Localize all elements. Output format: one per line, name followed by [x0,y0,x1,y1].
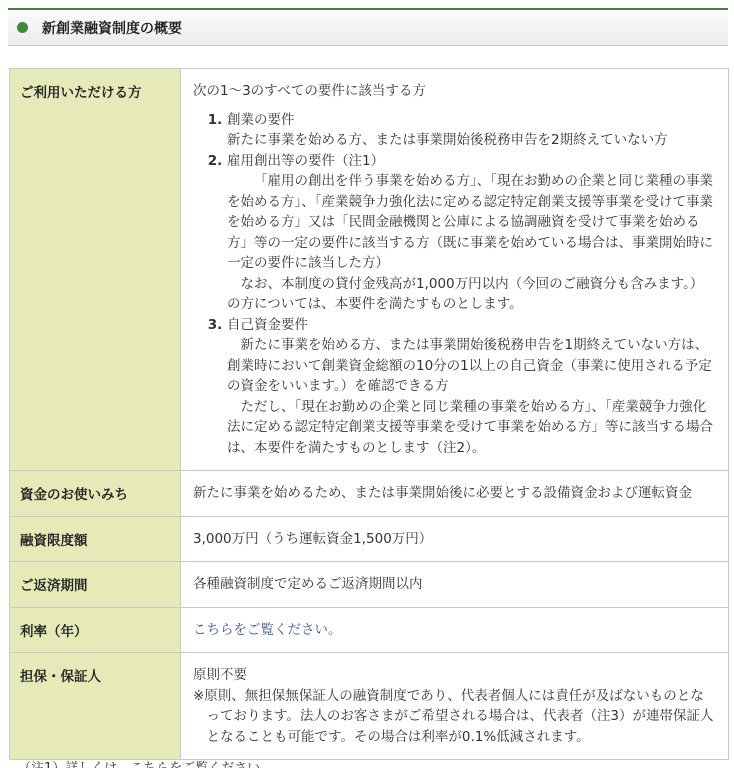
eligible-intro: 次の1〜3のすべての要件に該当する方 [193,81,716,102]
requirement-text: 新たに事業を始める方、または事業開始後税務申告を2期終えていない方 [227,130,716,151]
requirement-text: 「雇用の創出を伴う事業を始める方」、「現在お勤めの企業と同じ業種の事業を始める方… [227,171,716,274]
table-row-repayment: ご返済期間 各種融資制度で定めるご返済期間以内 [10,562,729,608]
requirement-item: 雇用創出等の要件（注1） 「雇用の創出を伴う事業を始める方」、「現在お勤めの企業… [227,151,716,315]
overview-table: ご利用いただける方 次の1〜3のすべての要件に該当する方 創業の要件 新たに事業… [9,68,729,760]
requirement-item: 創業の要件 新たに事業を始める方、または事業開始後税務申告を2期終えていない方 [227,110,716,151]
requirement-text: なお、本制度の貸付金残高が1,000万円以内（今回のご融資分も含みます。）の方に… [227,274,716,315]
table-row-usage: 資金のお使いみち 新たに事業を始めるため、または事業開始後に必要とする設備資金お… [10,471,729,517]
interest-rate-link[interactable]: こちらをご覧ください。 [193,622,342,638]
table-row-collateral: 担保・保証人 原則不要 ※原則、無担保無保証人の融資制度であり、代表者個人には責… [10,653,729,760]
section-header: 新創業融資制度の概要 [8,8,728,46]
collateral-note: ※原則、無担保無保証人の融資制度であり、代表者個人には責任が及ばないものとなって… [193,686,716,748]
footnote: （注1）詳しくは、こちらをご覧ください。 [18,757,273,768]
bullet-icon [17,22,28,33]
row-label-collateral: 担保・保証人 [10,653,181,760]
table-row-eligible: ご利用いただける方 次の1〜3のすべての要件に該当する方 創業の要件 新たに事業… [10,69,729,471]
requirement-title: 雇用創出等の要件（注1） [227,153,384,169]
row-value-repayment: 各種融資制度で定めるご返済期間以内 [181,562,729,608]
row-label-rate: 利率（年） [10,607,181,653]
row-label-eligible: ご利用いただける方 [10,69,181,471]
row-value-usage: 新たに事業を始めるため、または事業開始後に必要とする設備資金および運転資金 [181,471,729,517]
row-value-collateral: 原則不要 ※原則、無担保無保証人の融資制度であり、代表者個人には責任が及ばないも… [181,653,729,760]
requirement-list: 創業の要件 新たに事業を始める方、または事業開始後税務申告を2期終えていない方 … [193,110,716,459]
row-value-rate: こちらをご覧ください。 [181,607,729,653]
requirement-text: ただし、「現在お勤めの企業と同じ業種の事業を始める方」、「産業競争力強化法に定め… [227,397,716,459]
row-label-usage: 資金のお使いみち [10,471,181,517]
requirement-text: 新たに事業を始める方、または事業開始後税務申告を1期終えていない方は、創業時にお… [227,335,716,397]
row-label-repayment: ご返済期間 [10,562,181,608]
table-row-rate: 利率（年） こちらをご覧ください。 [10,607,729,653]
row-value-limit: 3,000万円（うち運転資金1,500万円） [181,516,729,562]
requirement-title: 創業の要件 [227,112,295,128]
row-label-limit: 融資限度額 [10,516,181,562]
requirement-title: 自己資金要件 [227,317,308,333]
table-row-limit: 融資限度額 3,000万円（うち運転資金1,500万円） [10,516,729,562]
row-value-eligible: 次の1〜3のすべての要件に該当する方 創業の要件 新たに事業を始める方、または事… [181,69,729,471]
requirement-item: 自己資金要件 新たに事業を始める方、または事業開始後税務申告を1期終えていない方… [227,315,716,459]
section-title: 新創業融資制度の概要 [42,18,182,38]
collateral-value: 原則不要 [193,665,716,686]
